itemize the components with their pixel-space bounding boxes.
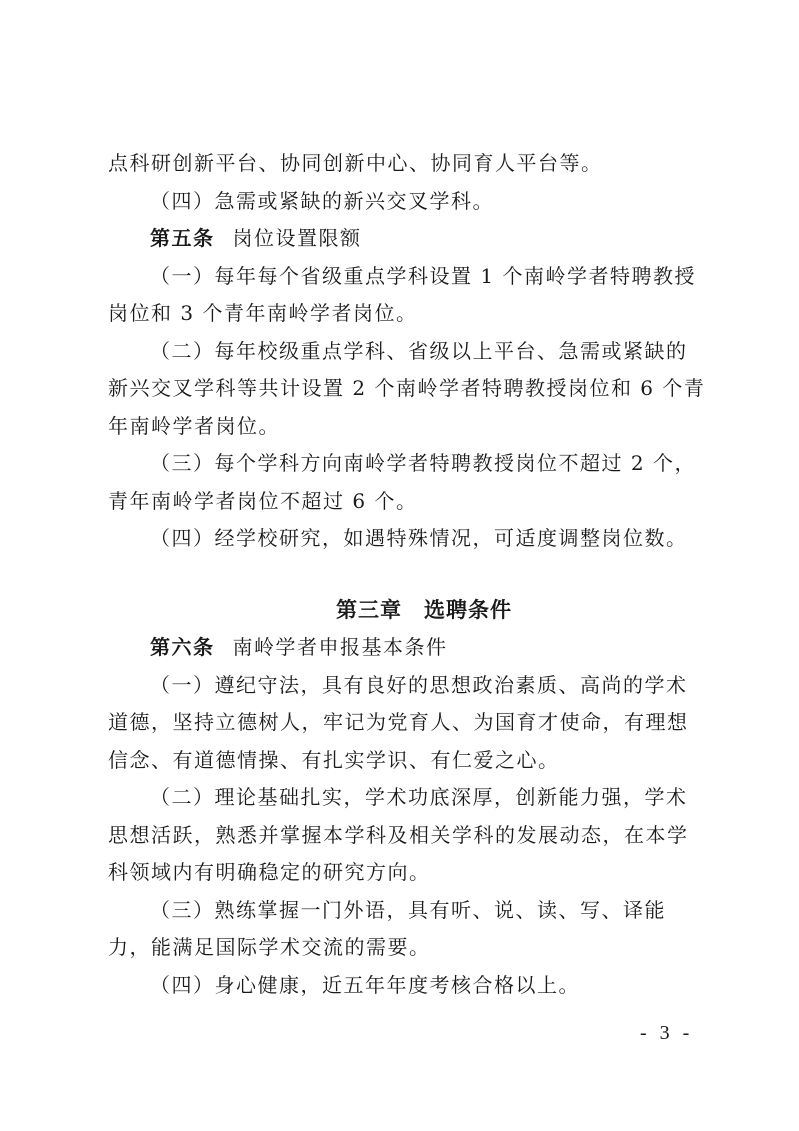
paragraph-line: 岗位和 3 个青年南岭学者岗位。 — [108, 295, 700, 333]
paragraph-line: （三）熟练掌握一门外语，具有听、说、读、写、译能 — [108, 892, 700, 930]
article-title: 南岭学者申报基本条件 — [233, 635, 448, 659]
article-heading: 第六条南岭学者申报基本条件 — [108, 629, 700, 667]
paragraph-line: 科领域内有明确稳定的研究方向。 — [108, 854, 700, 892]
document-page: 点科研创新平台、协同创新中心、协同育人平台等。 （四）急需或紧缺的新兴交叉学科。… — [108, 145, 700, 1004]
paragraph-line: 思想活跃，熟悉并掌握本学科及相关学科的发展动态，在本学 — [108, 817, 700, 855]
paragraph-line: （四）身心健康，近五年年度考核合格以上。 — [108, 967, 700, 1005]
article-title: 岗位设置限额 — [233, 226, 362, 250]
paragraph-line: 新兴交叉学科等共计设置 2 个南岭学者特聘教授岗位和 6 个青 — [108, 370, 700, 408]
page-number: - 3 - — [640, 1022, 693, 1045]
paragraph-line: 道德，坚持立德树人，牢记为党育人、为国育才使命，有理想 — [108, 704, 700, 742]
paragraph-line: （三）每个学科方向南岭学者特聘教授岗位不超过 2 个， — [108, 445, 700, 483]
chapter-heading: 第三章 选聘条件 — [108, 592, 700, 630]
paragraph-line: （二）理论基础扎实，学术功底深厚，创新能力强，学术 — [108, 779, 700, 817]
paragraph-line: 青年南岭学者岗位不超过 6 个。 — [108, 483, 700, 521]
section-spacer — [108, 558, 700, 592]
article-heading: 第五条岗位设置限额 — [108, 220, 700, 258]
article-number: 第六条 — [150, 635, 215, 659]
paragraph-line: （四）急需或紧缺的新兴交叉学科。 — [108, 183, 700, 221]
paragraph-line: （一）每年每个省级重点学科设置 1 个南岭学者特聘教授 — [108, 258, 700, 296]
paragraph-line: 年南岭学者岗位。 — [108, 408, 700, 446]
paragraph-line: （四）经学校研究，如遇特殊情况，可适度调整岗位数。 — [108, 520, 700, 558]
paragraph-line: 信念、有道德情操、有扎实学识、有仁爱之心。 — [108, 742, 700, 780]
paragraph-line: （一）遵纪守法，具有良好的思想政治素质、高尚的学术 — [108, 667, 700, 705]
article-number: 第五条 — [150, 226, 215, 250]
paragraph-line: 力，能满足国际学术交流的需要。 — [108, 929, 700, 967]
paragraph-line: （二）每年校级重点学科、省级以上平台、急需或紧缺的 — [108, 333, 700, 371]
paragraph-line: 点科研创新平台、协同创新中心、协同育人平台等。 — [108, 145, 700, 183]
